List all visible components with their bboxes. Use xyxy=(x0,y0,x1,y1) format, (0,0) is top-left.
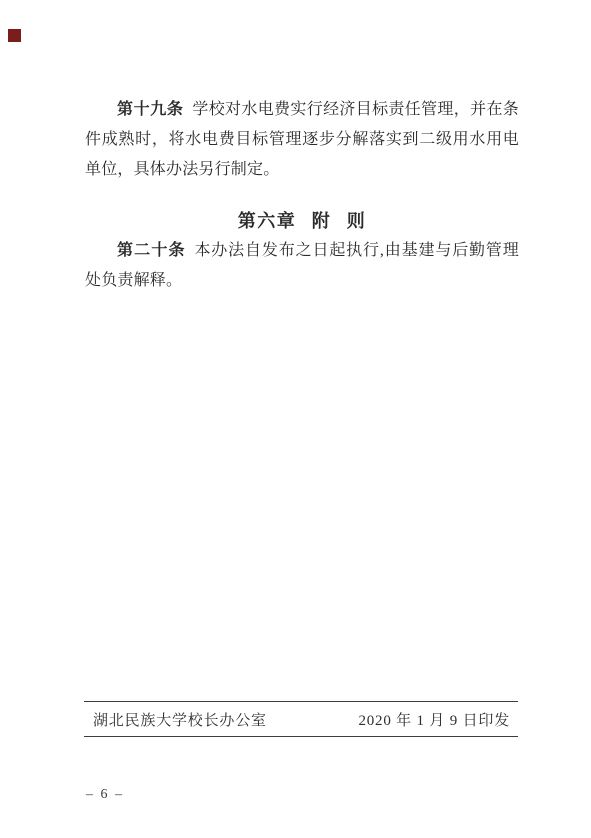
document-body: 第十九条学校对水电费实行经济目标责任管理，并在条件成熟时，将水电费目标管理逐步分… xyxy=(85,0,519,296)
paragraph-article-19: 第十九条学校对水电费实行经济目标责任管理，并在条件成熟时，将水电费目标管理逐步分… xyxy=(85,95,519,185)
article-19-term: 第十九条 xyxy=(117,101,184,118)
article-20-term: 第二十条 xyxy=(117,242,186,259)
document-page: 第十九条学校对水电费实行经济目标责任管理，并在条件成熟时，将水电费目标管理逐步分… xyxy=(0,0,591,838)
colophon-box: 湖北民族大学校长办公室 2020 年 1 月 9 日印发 xyxy=(84,701,518,737)
page-number: – 6 – xyxy=(86,787,124,803)
chapter-heading: 第六章 附 则 xyxy=(85,206,519,236)
red-corner-mark xyxy=(8,29,21,42)
issuer-office: 湖北民族大学校长办公室 xyxy=(93,709,267,730)
paragraph-article-20: 第二十条本办法自发布之日起执行,由基建与后勤管理处负责解释。 xyxy=(85,236,519,296)
print-date: 2020 年 1 月 9 日印发 xyxy=(358,709,510,730)
